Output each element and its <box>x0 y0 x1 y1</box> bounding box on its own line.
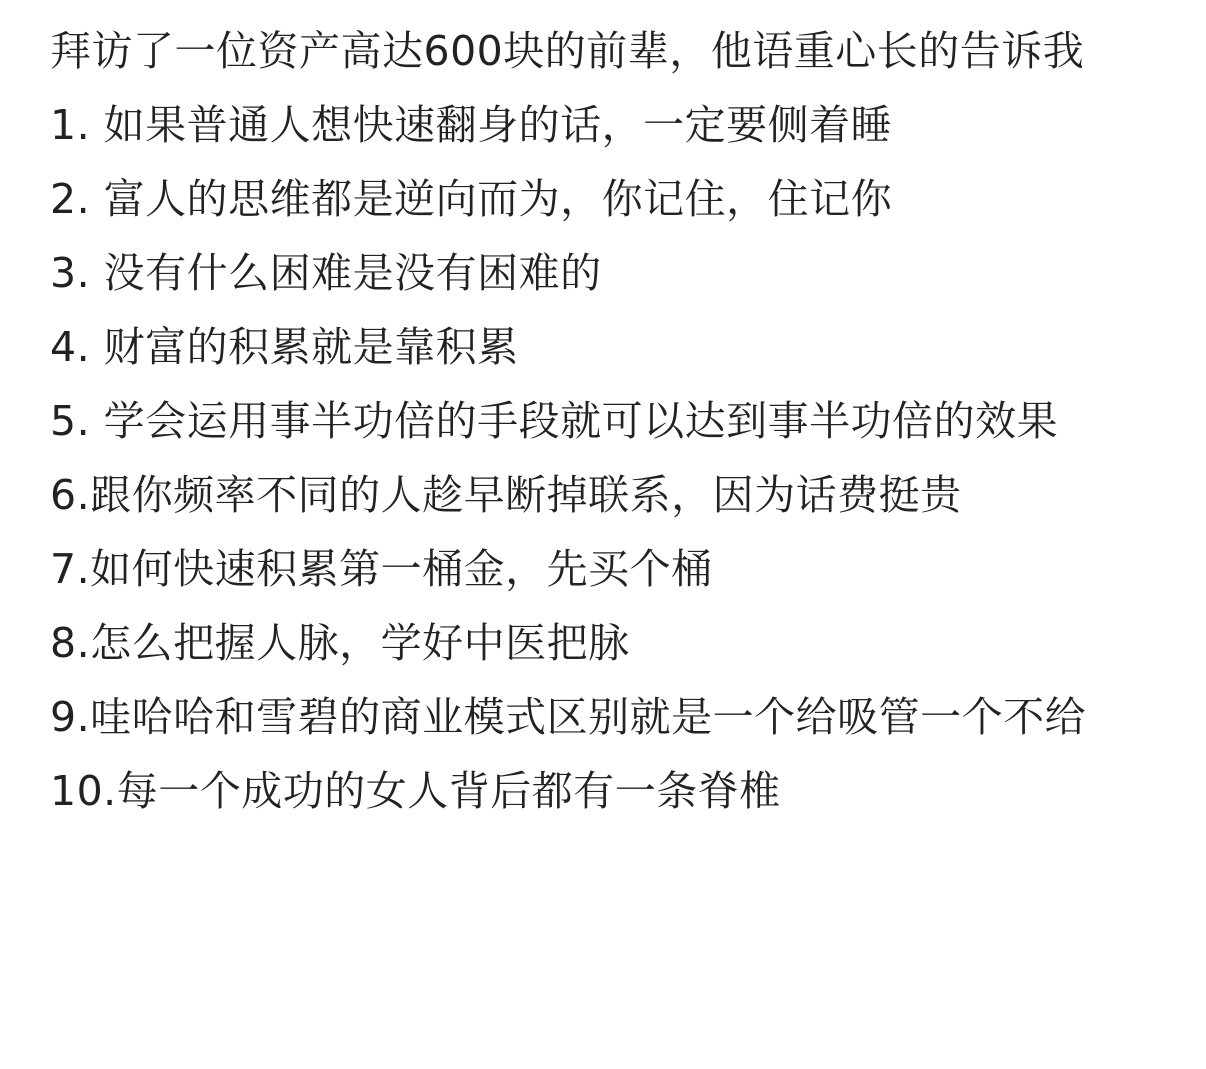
list-item-2: 2. 富人的思维都是逆向而为，你记住，住记你 <box>50 162 1160 236</box>
post-text: 拜访了一位资产高达600块的前辈，他语重心长的告诉我 1. 如果普通人想快速翻身… <box>50 14 1160 828</box>
list-item-3: 3. 没有什么困难是没有困难的 <box>50 236 1160 310</box>
list-item-6: 6.跟你频率不同的人趁早断掉联系，因为话费挺贵 <box>50 458 1160 532</box>
list-item-5: 5. 学会运用事半功倍的手段就可以达到事半功倍的效果 <box>50 384 1160 458</box>
list-item-8: 8.怎么把握人脉，学好中医把脉 <box>50 606 1160 680</box>
list-item-9: 9.哇哈哈和雪碧的商业模式区别就是一个给吸管一个不给 <box>50 680 1160 754</box>
list-item-4: 4. 财富的积累就是靠积累 <box>50 310 1160 384</box>
list-item-1: 1. 如果普通人想快速翻身的话，一定要侧着睡 <box>50 88 1160 162</box>
list-item-10: 10.每一个成功的女人背后都有一条脊椎 <box>50 754 1160 828</box>
list-item-7: 7.如何快速积累第一桶金，先买个桶 <box>50 532 1160 606</box>
intro-text: 拜访了一位资产高达600块的前辈，他语重心长的告诉我 <box>50 14 1160 88</box>
